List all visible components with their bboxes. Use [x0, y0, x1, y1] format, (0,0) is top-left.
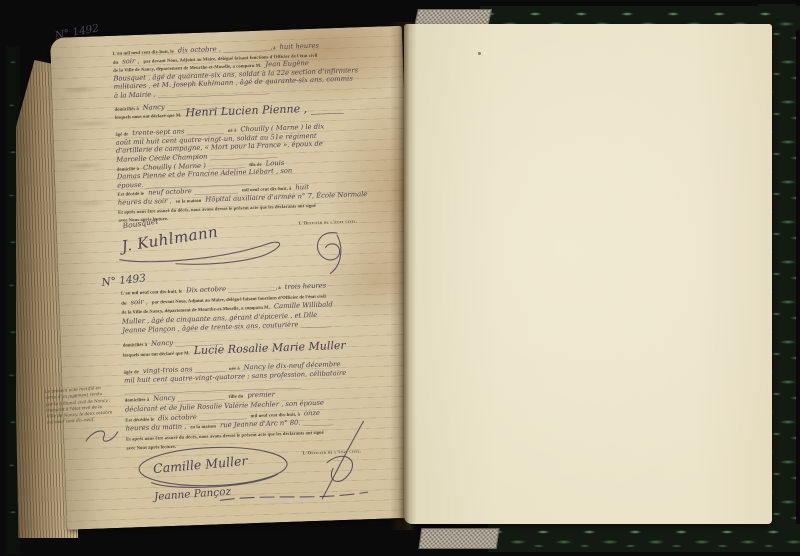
paper-speck: [478, 52, 481, 55]
marbled-cover-bottom: [488, 524, 800, 552]
right-page-blank: [404, 24, 772, 524]
left-page: N° 1492 L'an mil neuf cent dix-huit, le …: [50, 26, 419, 530]
entry-number-1492: N° 1492: [54, 23, 100, 41]
register-book-scan: N° 1492 L'an mil neuf cent dix-huit, le …: [0, 0, 800, 556]
margin-annotation: Le présent acte rectifié en vertu d'un j…: [45, 383, 137, 427]
binding-tape-bottom: [419, 528, 500, 549]
officer-signature-flourish-icon: [307, 227, 355, 279]
margin-note-flourish-icon: [82, 424, 123, 447]
officer-of-civil-state-label: L'Officier de l'état civil.: [299, 219, 358, 225]
officer-signature-flourish-icon: [309, 417, 376, 505]
death-record-entry-1: L'an mil neuf cent dix-huit, le dix octo…: [112, 32, 406, 218]
signature-underline-flourish-icon: [115, 230, 296, 270]
